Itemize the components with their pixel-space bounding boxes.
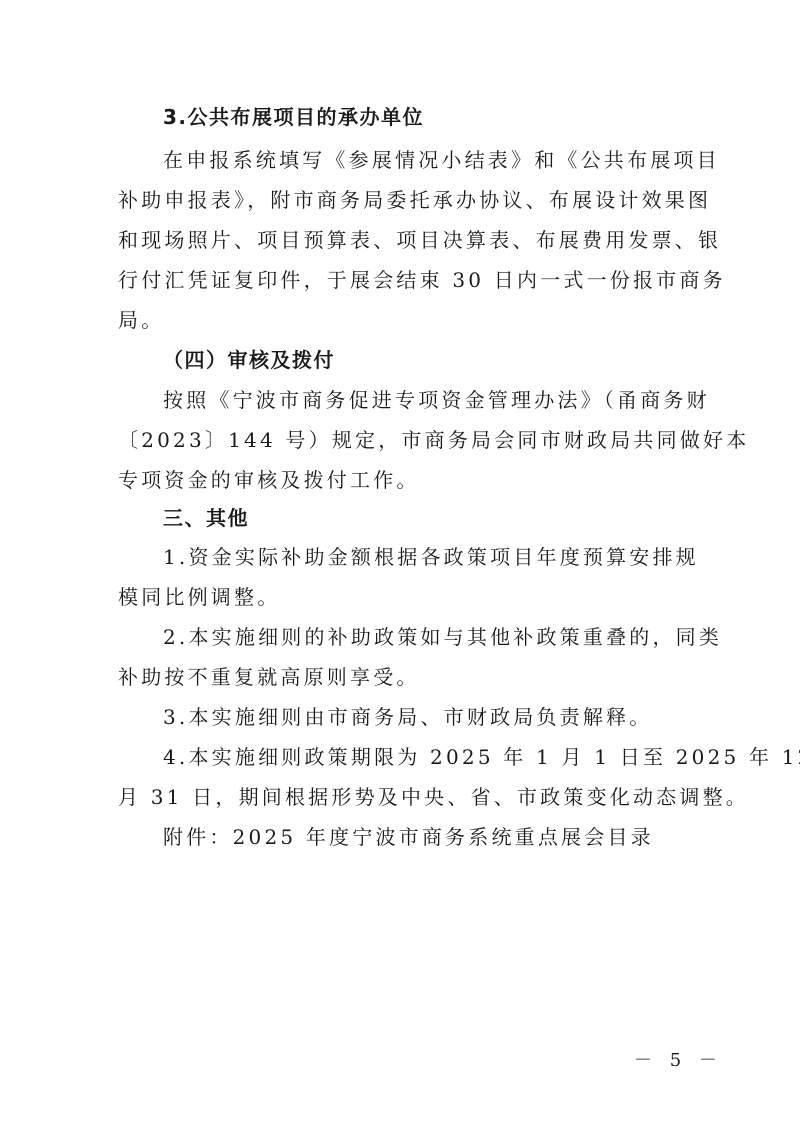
paragraph-line: 补助申报表》，附市商务局委托承办协议、布展设计效果图 bbox=[118, 186, 711, 214]
section-heading-other: 三、其他 bbox=[163, 504, 249, 532]
list-item-1: 1.资金实际补助金额根据各政策项目年度预算安排规 bbox=[163, 543, 699, 571]
paragraph-line: 月 31 日，期间根据形势及中央、省、市政策变化动态调整。 bbox=[118, 783, 749, 811]
paragraph-line: 〔2023〕144 号）规定，市商务局会同市财政局共同做好本 bbox=[118, 426, 749, 454]
paragraph-line: 按照《宁波市商务促进专项资金管理办法》（甬商务财 bbox=[163, 386, 710, 414]
section-heading-review: （四）审核及拨付 bbox=[163, 346, 335, 374]
section-heading-public-exhibition: 3.公共布展项目的承办单位 bbox=[163, 103, 424, 131]
list-item-2: 2.本实施细则的补助政策如与其他补政策重叠的，同类 bbox=[163, 623, 722, 651]
paragraph-line: 在申报系统填写《参展情况小结表》和《公共布展项目 bbox=[163, 146, 720, 174]
paragraph-line: 补助按不重复就高原则享受。 bbox=[118, 663, 420, 691]
page-number: － 5 － bbox=[634, 1046, 723, 1072]
list-item-3: 3.本实施细则由市商务局、市财政局负责解释。 bbox=[163, 703, 652, 731]
list-item-4: 4.本实施细则政策期限为 2025 年 1 月 1 日至 2025 年 12 bbox=[163, 743, 800, 771]
paragraph-line: 和现场照片、项目预算表、项目决算表、布展费用发票、银 bbox=[118, 226, 721, 254]
attachment-line: 附件：2025 年度宁波市商务系统重点展会目录 bbox=[163, 823, 654, 851]
paragraph-line: 模同比例调整。 bbox=[118, 583, 280, 611]
paragraph-line: 专项资金的审核及拨付工作。 bbox=[118, 466, 420, 494]
paragraph-line: 行付汇凭证复印件，于展会结束 30 日内一式一份报市商务 bbox=[118, 266, 726, 294]
paragraph-line: 局。 bbox=[118, 306, 164, 334]
